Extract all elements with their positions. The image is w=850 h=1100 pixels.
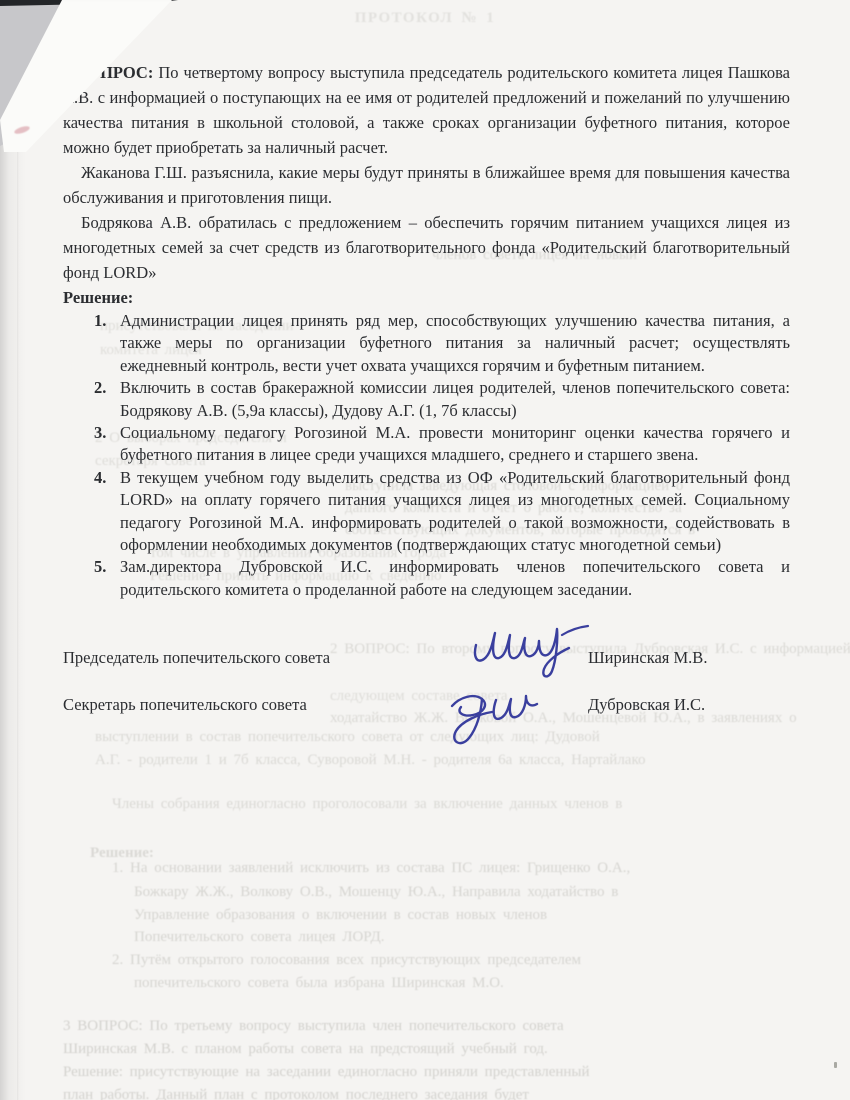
bleedthrough-line: 2. Путём открытого голосования всех прис… [112,952,581,969]
secretary-role-label: Секретарь попечительского совета [63,692,458,717]
decision-item-4: В текущем учебном году выделить средства… [120,467,790,557]
decision-item-2: Включить в состав бракеражной комиссии л… [120,377,790,422]
scan-speck [834,1062,837,1068]
bleedthrough-line: Управление образования о включении в сос… [134,907,547,924]
secretary-name: Дубровская И.С. [588,692,705,717]
question-4-paragraph: 4 ВОПРОС: По четвертому вопросу выступил… [63,60,790,160]
bleedthrough-line: Божкару Ж.Ж., Волкову О.В., Мошенцу Ю.А.… [134,884,618,901]
bleedthrough-line: план работы. Данный план с протоколом по… [63,1087,529,1100]
chairman-name: Ширинская М.В. [588,645,707,670]
bleedthrough-line: Решение: присутствующие на заседании еди… [63,1064,590,1081]
decision-item-3: Социальному педагогу Рогозиной М.А. пров… [120,422,790,467]
decision-heading: Решение: [63,285,790,310]
bleedthrough-line: 3 ВОПРОС: По третьему вопросу выступила … [63,1018,564,1035]
chairman-role-label: Председатель попечительского совета [63,645,458,670]
signature-block: Председатель попечительского совета Шири… [63,645,790,720]
document-body: 4 ВОПРОС: По четвертому вопросу выступил… [63,60,790,720]
bodryakova-paragraph: Бодрякова А.В. обратилась с предложением… [63,210,790,285]
decision-item-5: Зам.директора Дубровской И.С. информиров… [120,556,790,601]
decision-list: Администрации лицея принять ряд мер, спо… [63,310,790,601]
bleedthrough-line: Члены собрания единогласно проголосовали… [112,796,622,813]
question-4-text: По четвертому вопросу выступила председа… [63,63,790,157]
paper-fold-line [17,120,19,1100]
decision-item-1: Администрации лицея принять ряд мер, спо… [120,310,790,377]
scanned-protocol-page: { "colors": { "paper": "#f5f4f2", "ink":… [0,0,850,1100]
secretary-signature-row: Секретарь попечительского совета Дубровс… [63,692,790,720]
bleedthrough-line: А.Г. - родители 1 и 7б класса, Суворовой… [95,752,646,769]
bleedthrough-line: Ширинская М.В. с планом работы совета на… [63,1041,548,1058]
bleedthrough-line: попечительского совета была избрана Шири… [134,975,504,992]
zhakanova-paragraph: Жаканова Г.Ш. разъяснила, какие меры буд… [63,160,790,210]
bleedthrough-line: 1. На основании заявлений исключить из с… [112,860,630,877]
chairman-signature-row: Председатель попечительского совета Шири… [63,645,790,673]
bleedthrough-line: Попечительского совета лицея ЛОРД. [134,929,384,946]
